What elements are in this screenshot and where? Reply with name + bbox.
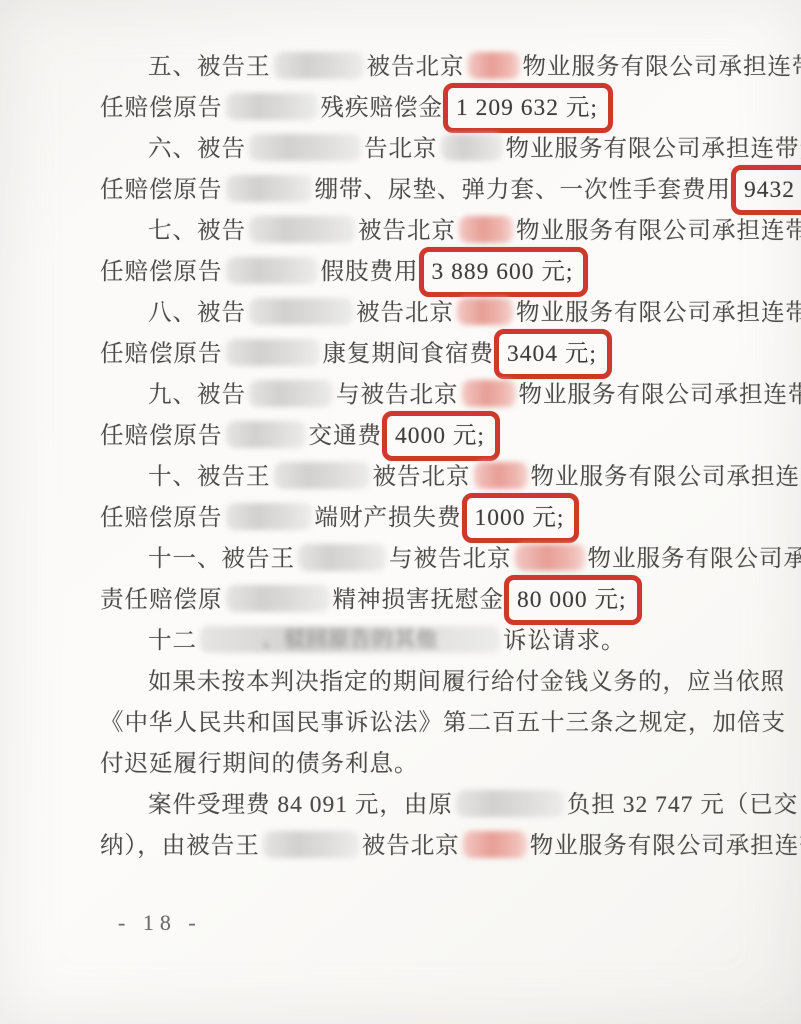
text-segment: 任赔偿原告 (100, 177, 223, 203)
redaction-blur (226, 585, 330, 612)
text-segment: 任赔偿原告 (100, 259, 223, 285)
text-segment: 十、被告王 (148, 464, 271, 490)
text-segment: 端财产损失费 (315, 505, 462, 531)
text-segment: 假肢费用 (321, 259, 419, 285)
redaction-blur: 、驳回原告的其他 (200, 626, 500, 653)
text-segment: 责任赔偿原 (100, 587, 223, 613)
text-segment: 被告北京 (362, 833, 460, 859)
text-segment: 八、被告 (148, 300, 246, 326)
redaction-blur (459, 216, 513, 243)
text-segment: 物业服务有限公司承担连带责 (506, 136, 801, 162)
text-line: 九、被告与被告北京物业服务有限公司承担连带责 (100, 375, 725, 416)
amount-highlight-box: 4000 元; (382, 411, 500, 461)
redaction-blur (249, 380, 333, 407)
text-line: 任赔偿原告绷带、尿垫、弹力套、一次性手套费用9432 元; (100, 170, 725, 211)
redaction-blur (298, 544, 386, 571)
text-segment: 负担 32 747 元（已交 (567, 792, 798, 818)
text-segment: 物业服务有限公司承担连带责 (531, 464, 801, 490)
redaction-blur (226, 503, 312, 530)
redaction-blur (249, 216, 355, 243)
text-line: 纳），由被告王被告北京物业服务有限公司承担连带责 (100, 826, 725, 867)
text-segment: 诉讼请求。 (503, 628, 626, 654)
text-line: 五、被告王被告北京物业服务有限公司承担连带责 (100, 47, 725, 88)
redaction-blur (274, 462, 370, 489)
text-line: 七、被告被告北京物业服务有限公司承担连带责 (100, 211, 725, 252)
redaction-blur (226, 339, 320, 366)
text-segment: 十二 (148, 628, 197, 654)
text-line: 任赔偿原告交通费4000 元; (100, 416, 725, 457)
amount-highlight-box: 1000 元; (462, 493, 580, 543)
amount-highlight-box: 3404 元; (494, 329, 612, 379)
document-page: 五、被告王被告北京物业服务有限公司承担连带责任赔偿原告残疾赔偿金1 209 63… (0, 0, 801, 1024)
text-segment: 物业服务有限公司承担连带责 (519, 382, 801, 408)
text-line: 八、被告被告北京物业服务有限公司承担连带责 (100, 293, 725, 334)
redaction-blur (463, 831, 527, 858)
text-line: 十一、被告王与被告北京物业服务有限公司承担连带 (100, 539, 725, 580)
redaction-blur (249, 298, 353, 325)
text-line: 责任赔偿原精神损害抚慰金80 000 元; (100, 580, 725, 621)
text-segment: 与被告北京 (336, 382, 459, 408)
text-segment: 任赔偿原告 (100, 95, 223, 121)
text-segment: 被告北京 (367, 54, 465, 80)
text-segment: 物业服务有限公司承担连带责 (530, 833, 801, 859)
text-segment: 被告北京 (356, 300, 454, 326)
judgment-text-block: 五、被告王被告北京物业服务有限公司承担连带责任赔偿原告残疾赔偿金1 209 63… (100, 47, 725, 867)
text-segment: 物业服务有限公司承担连带责 (516, 218, 801, 244)
text-segment: 绷带、尿垫、弹力套、一次性手套费用 (315, 177, 732, 203)
redaction-blur (456, 790, 564, 817)
redaction-blur (474, 462, 528, 489)
page-number: - 18 - (118, 910, 202, 936)
amount-highlight-box: 80 000 元; (504, 575, 642, 625)
redaction-blur (457, 298, 513, 325)
text-segment: 精神损害抚慰金 (333, 587, 505, 613)
text-segment: 告北京 (364, 136, 438, 162)
text-segment: 付迟延履行期间的债务利息。 (100, 751, 419, 777)
text-line: 任赔偿原告残疾赔偿金1 209 632 元; (100, 88, 725, 129)
text-segment: 十一、被告王 (148, 546, 295, 572)
redaction-blur (441, 134, 503, 161)
text-segment: 物业服务有限公司承担连带 (588, 546, 801, 572)
redaction-blur (226, 175, 312, 202)
redaction-blur (226, 93, 318, 120)
text-segment: 交通费 (309, 423, 383, 449)
text-line: 《中华人民共和国民事诉讼法》第二百五十三条之规定，加倍支 (100, 703, 725, 744)
text-segment: 任赔偿原告 (100, 505, 223, 531)
text-line: 任赔偿原告端财产损失费1000 元; (100, 498, 725, 539)
text-line: 六、被告告北京物业服务有限公司承担连带责 (100, 129, 725, 170)
text-segment: 与被告北京 (389, 546, 512, 572)
text-segment: 残疾赔偿金 (321, 95, 444, 121)
redaction-blur (226, 257, 318, 284)
redaction-blur (249, 134, 361, 161)
text-segment: 七、被告 (148, 218, 246, 244)
text-segment: 纳），由被告王 (100, 833, 260, 859)
text-segment: 案件受理费 84 091 元，由原 (148, 792, 453, 818)
text-line: 十二、驳回原告的其他诉讼请求。 (100, 621, 725, 662)
text-line: 任赔偿原告康复期间食宿费3404 元; (100, 334, 725, 375)
text-segment: 九、被告 (148, 382, 246, 408)
text-segment: 被告北京 (358, 218, 456, 244)
amount-highlight-box: 1 209 632 元; (443, 83, 613, 133)
text-line: 十、被告王被告北京物业服务有限公司承担连带责 (100, 457, 725, 498)
text-segment: 被告北京 (373, 464, 471, 490)
redaction-blur (462, 380, 516, 407)
text-segment: 如果未按本判决指定的期间履行给付金钱义务的，应当依照 (148, 669, 785, 695)
text-segment: 任赔偿原告 (100, 423, 223, 449)
text-line: 如果未按本判决指定的期间履行给付金钱义务的，应当依照 (100, 662, 725, 703)
redaction-blur (468, 52, 520, 79)
text-segment: 《中华人民共和国民事诉讼法》第二百五十三条之规定，加倍支 (100, 710, 786, 736)
text-segment: 六、被告 (148, 136, 246, 162)
text-line: 任赔偿原告假肢费用3 889 600 元; (100, 252, 725, 293)
redaction-blur (226, 421, 306, 448)
amount-highlight-box: 3 889 600 元; (419, 247, 589, 297)
text-segment: 任赔偿原告 (100, 341, 223, 367)
amount-highlight-box: 9432 元; (731, 165, 801, 215)
text-line: 付迟延履行期间的债务利息。 (100, 744, 725, 785)
text-line: 案件受理费 84 091 元，由原负担 32 747 元（已交 (100, 785, 725, 826)
text-segment: 物业服务有限公司承担连带责 (523, 54, 801, 80)
text-segment: 物业服务有限公司承担连带责 (516, 300, 801, 326)
redaction-blur (263, 831, 359, 858)
redaction-blur (274, 52, 364, 79)
text-segment: 五、被告王 (148, 54, 271, 80)
text-segment: 康复期间食宿费 (323, 341, 495, 367)
redaction-blur (515, 544, 585, 571)
